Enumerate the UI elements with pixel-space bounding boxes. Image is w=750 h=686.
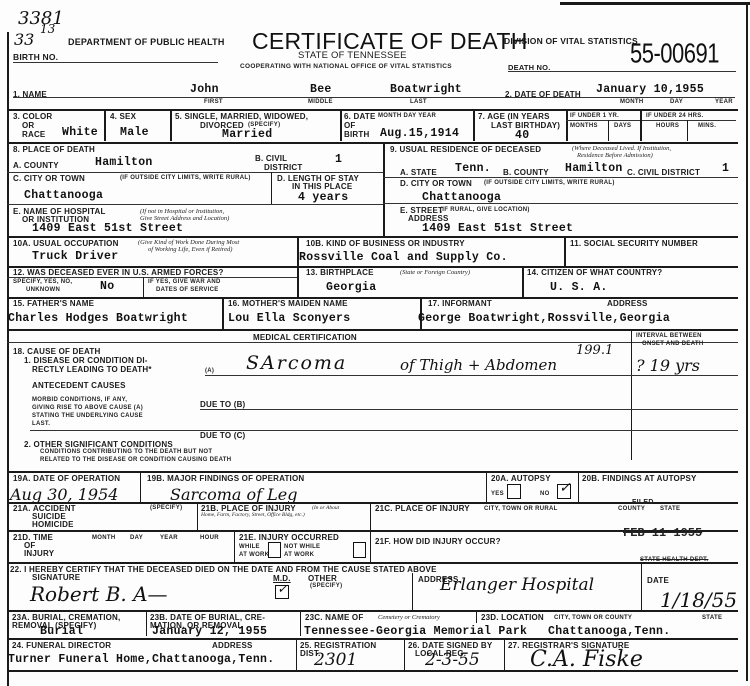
residence-city-label: D. CITY OR TOWN [400,179,472,188]
birth-no-handwritten-3: 33 [14,30,34,49]
funeral-address-label: ADDRESS [212,641,253,650]
place-of-death-label: 8. PLACE OF DEATH [13,145,95,154]
residence-city-note: (IF OUTSIDE CITY LIMITS, WRITE RURAL) [484,180,615,187]
occupation-note-1: (Give Kind of Work Done During Most [138,239,239,246]
civil-district-value: 1 [335,153,342,166]
marital-value: Married [222,128,272,141]
funeral-director-label: 24. FUNERAL DIRECTOR [12,641,111,650]
not-while-at-work-2: AT WORK [284,552,314,559]
last-label: LAST [410,99,427,106]
name-line [13,97,735,98]
other-label: OTHER [308,574,337,583]
divider [473,109,475,141]
divider [143,277,144,297]
informant-label: 17. INFORMANT [428,299,492,308]
divider [170,109,172,141]
other-conditions-2: CONDITIONS CONTRIBUTING TO THE DEATH BUT… [40,449,212,456]
dob-label-3: BIRTH [344,130,369,139]
disease-label-1: 1. DISEASE OR CONDITION DI- [24,356,148,365]
not-while-at-work-1: NOT WHILE [284,544,320,551]
citizen-label: 14. CITIZEN OF WHAT COUNTRY? [527,268,662,277]
occurred-label: 21E. INJURY OCCURRED [239,533,339,542]
divider [7,329,738,331]
morbid-2: GIVING RISE TO ABOVE CAUSE (A) [32,405,143,412]
name-last: Boatwright [390,83,462,96]
business-label: 10B. KIND OF BUSINESS OR INDUSTRY [306,239,465,248]
divider [522,266,524,297]
father-label: 15. FATHER'S NAME [13,299,94,308]
divider [7,562,738,564]
other-conditions-3: RELATED TO THE DISEASE OR CONDITION CAUS… [40,457,231,464]
right-border [746,5,748,681]
divider [30,430,738,431]
due-to-c: DUE TO (C) [200,431,245,440]
divider [197,502,198,530]
divider [631,329,632,460]
while-at-work-checkbox[interactable] [268,542,281,558]
hospital-note-2: Give Street Address and Location) [140,215,229,222]
location-label: 23D. LOCATION [481,613,544,622]
hospital-note-1: (If not in Hospital or Institution, [140,208,224,215]
state-label: STATE OF TENNESSEE [298,51,407,60]
mother-label: 16. MOTHER'S MAIDEN NAME [228,299,348,308]
divider [7,236,738,238]
autopsy-no-checkbox[interactable]: ✓ [557,484,571,499]
accident-specify: (SPECIFY) [150,505,182,512]
armed-war-1: IF YES, GIVE WAR AND [148,279,221,286]
time-hour: HOUR [200,535,219,542]
birthplace-label: 13. BIRTHPLACE [306,268,374,277]
residence-civil-value: 1 [722,162,729,175]
divider [7,277,297,278]
place-c-county: COUNTY [618,506,645,513]
months-label: MONTHS [570,123,598,130]
civil-label-1: B. CIVIL [255,154,287,163]
divider [205,375,738,376]
divider [296,638,297,670]
father-value: Charles Hodges Boatwright [8,312,188,325]
divider [340,109,342,141]
stay-label-2: IN THIS PLACE [292,182,352,191]
divider [7,670,738,672]
place-c-label: 21C. PLACE OF INJURY [375,504,470,513]
department-label: DEPARTMENT OF PUBLIC HEALTH [68,38,225,47]
divider [297,266,299,297]
checkmark-icon: ✓ [277,582,288,597]
divider [7,610,738,612]
residence-street-value: 1409 East 51st Street [422,222,573,235]
autopsy-yes-checkbox[interactable] [507,484,521,499]
divider [566,109,568,141]
divider [476,610,477,623]
business-value: Rossville Coal and Supply Co. [299,251,508,264]
occupation-value: Truck Driver [32,250,118,263]
interval-label-2: ONSET AND DEATH [642,341,704,348]
death-number: 55-00691 [630,38,719,71]
autopsy-label: 20A. AUTOPSY [491,474,551,483]
checkmark-icon: ✓ [559,480,571,496]
residence-label: 9. USUAL RESIDENCE OF DECEASED [390,145,541,154]
armed-war-2: DATES OF SERVICE [156,287,219,294]
location-state: STATE [702,615,722,622]
year-label: YEAR [715,99,733,106]
marital-label-1: 5. SINGLE, MARRIED, WIDOWED, [175,112,308,121]
time-month: MONTH [92,535,116,542]
divider [370,502,371,562]
morbid-3: STATING THE UNDERLYING CAUSE [32,413,143,420]
disease-label-2: RECTLY LEADING TO DEATH* [32,365,152,374]
divider [271,172,272,204]
registrar-signature: C.A. Fiske [530,647,643,672]
due-to-b: DUE TO (B) [200,400,245,409]
autopsy-yes-label: YES [491,491,504,498]
name-first: John [190,83,219,96]
divider [7,502,738,504]
residence-street-note: (IF RURAL, GIVE LOCATION) [440,207,530,214]
county-label: A. COUNTY [13,161,59,170]
color-label-3: RACE [22,130,45,139]
mother-value: Lou Ella Sconyers [228,312,350,325]
other-conditions-1: 2. OTHER SIGNIFICANT CONDITIONS [24,440,173,449]
divider [7,638,738,640]
sex-value: Male [120,126,149,139]
medical-certification-title: MEDICAL CERTIFICATION [253,333,357,342]
divider [146,610,147,636]
date-signed-value: 2-3-55 [425,650,480,670]
city-label: C. CITY OR TOWN [13,174,85,183]
physician-signature: Robert B. A— [30,582,168,606]
place-c-state: STATE [660,506,680,513]
residence-county-label: B. COUNTY [503,168,549,177]
location-sub: CITY, TOWN OR COUNTY [554,615,632,622]
autopsy-no-label: NO [540,491,550,498]
color-label-1: 3. COLOR [13,112,52,121]
divider [687,120,688,141]
funeral-director-value: Turner Funeral Home,Chattanooga,Tenn. [8,653,274,666]
divider [383,177,738,178]
cemetery-note: Cemetery or Crematory [378,614,440,621]
birth-no-line [13,62,218,63]
divider [7,471,738,473]
cause-a-label: (A) [205,368,214,375]
cause-a-continued: of Thigh + Abdomen [400,356,557,374]
cemetery-label: 23C. NAME OF [305,613,363,622]
morbid-4: LAST. [32,421,50,428]
place-of-injury-note-1: (In or About [312,505,339,512]
divider [566,120,736,121]
hospital-value: 1409 East 51st Street [32,222,183,235]
cooperating-label: COOPERATING WITH NATIONAL OFFICE OF VITA… [240,63,452,70]
armed-forces-label: 12. WAS DECEASED EVER IN U.S. ARMED FORC… [13,268,224,277]
divider [140,471,141,502]
divider [504,638,505,670]
divider [383,203,738,204]
city-note: (IF OUTSIDE CITY LIMITS, WRITE RURAL) [120,175,251,182]
divider [7,204,383,205]
occupation-note-2: of Working Life, Even if Retired) [148,246,232,253]
dob-label-2: OF [344,121,356,130]
hours-label: HOURS [656,123,679,130]
armed-specify-1: SPECIFY, YES, NO, [13,279,72,286]
other-specify: (SPECIFY) [310,583,342,590]
name-middle: Bee [310,83,332,96]
date-of-death-label: 2. DATE OF DEATH [505,90,581,99]
location-value: Chattanooga,Tenn. [548,625,670,638]
cause-label: 18. CAUSE OF DEATH [13,347,100,356]
mins-label: MINS. [698,123,716,130]
death-certificate: 3381 13 33 BIRTH NO. DEPARTMENT OF PUBLI… [0,0,750,686]
residence-civil-label: C. CIVIL DISTRICT [627,168,700,177]
residence-state-label: A. STATE [400,168,437,177]
certify-date-value: 1/18/55 [660,588,737,612]
county-value: Hamilton [95,156,153,169]
divider [412,573,413,610]
place-c-sub: CITY, TOWN OR RURAL [484,506,558,513]
residence-state-value: Tenn. [455,162,491,175]
age-label-1: 7. AGE (IN YEARS [478,112,550,121]
filed-stamp: FILED [632,499,654,506]
residence-note-1: (Where Deceased Lived. If Institution, [572,145,671,152]
day-label: DAY [670,99,683,106]
interval-label-1: INTERVAL BETWEEN [636,333,702,340]
burial-method-value: Burial [40,625,83,638]
divider [300,610,301,636]
left-border [7,32,9,686]
residence-county-value: Hamilton [565,162,623,175]
informant-value: George Boatwright,Rossville,Georgia [418,312,670,325]
ssn-label: 11. SOCIAL SECURITY NUMBER [570,239,698,248]
divider [200,409,738,410]
divider [564,236,566,266]
under-1yr: IF UNDER 1 YR. [570,113,619,120]
armed-forces-value: No [100,280,114,293]
registration-value: 2301 [314,650,357,670]
middle-label: MIDDLE [308,99,333,106]
birthplace-note: (State or Foreign Country) [400,269,470,276]
time-year: YEAR [160,535,178,542]
accident-label-3: HOMICIDE [32,520,74,529]
time-day: DAY [130,535,143,542]
received-date-stamp: FEB 11 1955 [623,526,702,540]
dob-sub: MONTH DAY YEAR [378,113,436,120]
month-label: MONTH [620,99,644,106]
age-value: 40 [515,129,529,142]
divider [383,142,385,236]
divider [641,562,642,610]
autopsy-findings-label: 20B. FINDINGS AT AUTOPSY [582,474,697,483]
death-no-line [508,71,736,72]
residence-note-2: Residence Before Admission) [577,152,653,159]
sex-label: 4. SEX [110,112,136,121]
birthplace-value: Georgia [326,281,376,294]
divider [640,109,642,141]
under-24hrs: IF UNDER 24 HRS. [646,113,703,120]
divider [104,109,106,141]
civil-label-2: DISTRICT [264,163,303,172]
dob-value: Aug.15,1914 [380,127,459,140]
divider [7,142,738,144]
operation-findings-label: 19B. MAJOR FINDINGS OF OPERATION [147,474,304,483]
morbid-1: MORBID CONDITIONS, IF ANY, [32,397,127,404]
row2-top [7,109,738,111]
divider [486,471,487,502]
md-checkbox[interactable]: ✓ [275,585,289,599]
dob-label-1: 6. DATE [344,112,375,121]
signature-label: SIGNATURE [32,573,80,582]
divider [7,342,738,343]
divider [578,471,579,502]
divider [234,530,235,562]
color-label-2: OR [22,121,34,130]
birth-no-label: BIRTH NO. [13,53,58,62]
certify-date-label: DATE [647,576,669,585]
divider [7,172,383,173]
armed-specify-2: UNKNOWN [26,287,60,294]
citizen-value: U. S. A. [550,281,608,294]
divider [222,297,224,329]
divider [608,120,609,141]
operation-date-label: 19A. DATE OF OPERATION [13,474,120,483]
cemetery-value: Tennessee-Georgia Memorial Park [304,625,527,638]
cause-a-value: SArcoma [246,352,347,374]
cause-code: 199.1 [576,343,613,358]
while-at-work-2: AT WORK [239,552,269,559]
burial-date-value: January 12, 1955 [152,625,267,638]
birth-no-handwritten-2: 13 [40,22,55,36]
not-while-at-work-checkbox[interactable] [353,542,366,558]
antecedent-label: ANTECEDENT CAUSES [32,381,126,390]
days-label: DAYS [614,123,631,130]
occupation-label: 10A. USUAL OCCUPATION [13,239,119,248]
interval-value: ? 19 yrs [636,356,700,375]
while-at-work-1: WHILE [239,544,260,551]
color-value: White [62,126,98,139]
certify-address-value: Erlanger Hospital [440,575,594,595]
informant-address-label: ADDRESS [607,299,648,308]
first-label: FIRST [204,99,223,106]
division-label: DIVISION OF VITAL STATISTICS [504,37,638,46]
how-injury-label: 21F. HOW DID INJURY OCCUR? [375,537,501,546]
stay-value: 4 years [298,191,348,204]
date-of-death-value: January 10,1955 [596,83,704,96]
divider [404,638,405,670]
place-of-injury-note-2: Home, Farm, Factory, Street, Office Bldg… [201,512,305,519]
top-right-border [560,2,750,5]
city-value: Chattanooga [24,189,103,202]
time-label-3: INJURY [24,549,54,558]
